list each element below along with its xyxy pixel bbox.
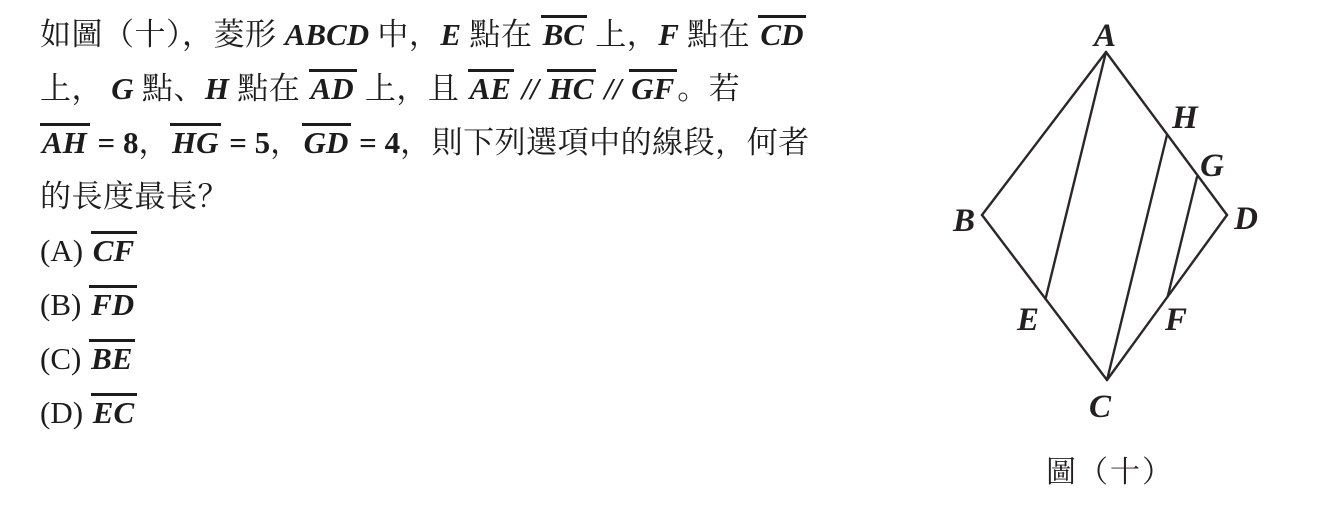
segment-GF: GF (629, 69, 677, 105)
text-run: 上，且 (357, 71, 468, 106)
vertex-label-C: C (1089, 389, 1112, 425)
segment-HG: HG (170, 123, 222, 159)
segment-CF: CF (91, 231, 137, 267)
figure: ABCDEFGH 圖（十） (950, 10, 1270, 491)
text-run: H (205, 71, 229, 106)
option-label: (C) (40, 341, 89, 376)
segment-GD: GD (302, 123, 352, 159)
edge-DA (1106, 52, 1227, 215)
text-run: 。若 (677, 71, 740, 106)
edge-AE (1046, 52, 1107, 299)
problem-line: 的長度最長？ (40, 170, 930, 224)
text-run: // (596, 71, 629, 106)
option-row: (B) FD (40, 278, 930, 332)
text-run: ， (138, 125, 170, 160)
vertex-label-B: B (952, 203, 975, 239)
figure-caption: 圖（十） (950, 447, 1270, 491)
edge-CD (1107, 215, 1227, 380)
text-run: 點在 (461, 17, 541, 52)
segment-AH: AH (40, 123, 90, 159)
option-label: (D) (40, 395, 91, 430)
segment-BC: BC (541, 15, 587, 51)
text-run: = 4 (351, 125, 400, 160)
segment-HC: HC (547, 69, 597, 105)
vertex-label-G: G (1200, 148, 1224, 184)
segment-AE: AE (468, 69, 514, 105)
text-run: 中， (369, 17, 440, 52)
option-row: (A) CF (40, 224, 930, 278)
text-run: // (514, 71, 547, 106)
segment-BE: BE (89, 339, 135, 375)
segment-FD: FD (89, 285, 137, 321)
vertex-label-D: D (1233, 201, 1258, 237)
text-run: 上， (587, 17, 658, 52)
options-list: (A) CF(B) FD(C) BE(D) EC (40, 224, 930, 440)
text-run: 如圖（十），菱形 (40, 17, 285, 52)
vertex-label-H: H (1171, 100, 1199, 136)
segment-EC: EC (91, 393, 137, 429)
segment-AD: AD (309, 69, 357, 105)
vertex-label-F: F (1164, 302, 1187, 338)
problem-line: 上， G 點、H 點在 AD 上，且 AE // HC // GF。若 (40, 62, 930, 116)
text-run: E (440, 17, 461, 52)
option-label: (B) (40, 287, 89, 322)
rhombus-diagram: ABCDEFGH (950, 10, 1270, 435)
text-run: = 5 (221, 125, 270, 160)
text-run: 點、 (134, 71, 205, 106)
segment-CD: CD (758, 15, 806, 51)
vertex-label-A: A (1092, 18, 1116, 54)
edge-GF (1168, 177, 1197, 297)
edge-HC (1107, 135, 1167, 380)
edge-BC (982, 215, 1107, 380)
text-run: 點在 (679, 17, 759, 52)
vertex-label-E: E (1016, 302, 1039, 338)
problem-line: AH = 8，HG = 5，GD = 4，則下列選項中的線段，何者 (40, 116, 930, 170)
text-run: = 8 (90, 125, 139, 160)
text-run: ABCD (285, 17, 369, 52)
problem-text: 如圖（十），菱形 ABCD 中，E 點在 BC 上，F 點在 CD上， G 點、… (40, 8, 930, 224)
text-run: G (111, 71, 133, 106)
option-row: (C) BE (40, 332, 930, 386)
problem-statement: 如圖（十），菱形 ABCD 中，E 點在 BC 上，F 點在 CD上， G 點、… (40, 8, 930, 440)
text-run: F (658, 17, 679, 52)
text-run: ，則下列選項中的線段，何者 (400, 125, 810, 160)
option-label: (A) (40, 233, 91, 268)
option-row: (D) EC (40, 386, 930, 440)
text-run: 上， (40, 71, 111, 106)
text-run: 的長度最長？ (40, 179, 229, 214)
edge-AB (982, 52, 1106, 215)
text-run: 點在 (229, 71, 309, 106)
problem-line: 如圖（十），菱形 ABCD 中，E 點在 BC 上，F 點在 CD (40, 8, 930, 62)
text-run: ， (270, 125, 302, 160)
